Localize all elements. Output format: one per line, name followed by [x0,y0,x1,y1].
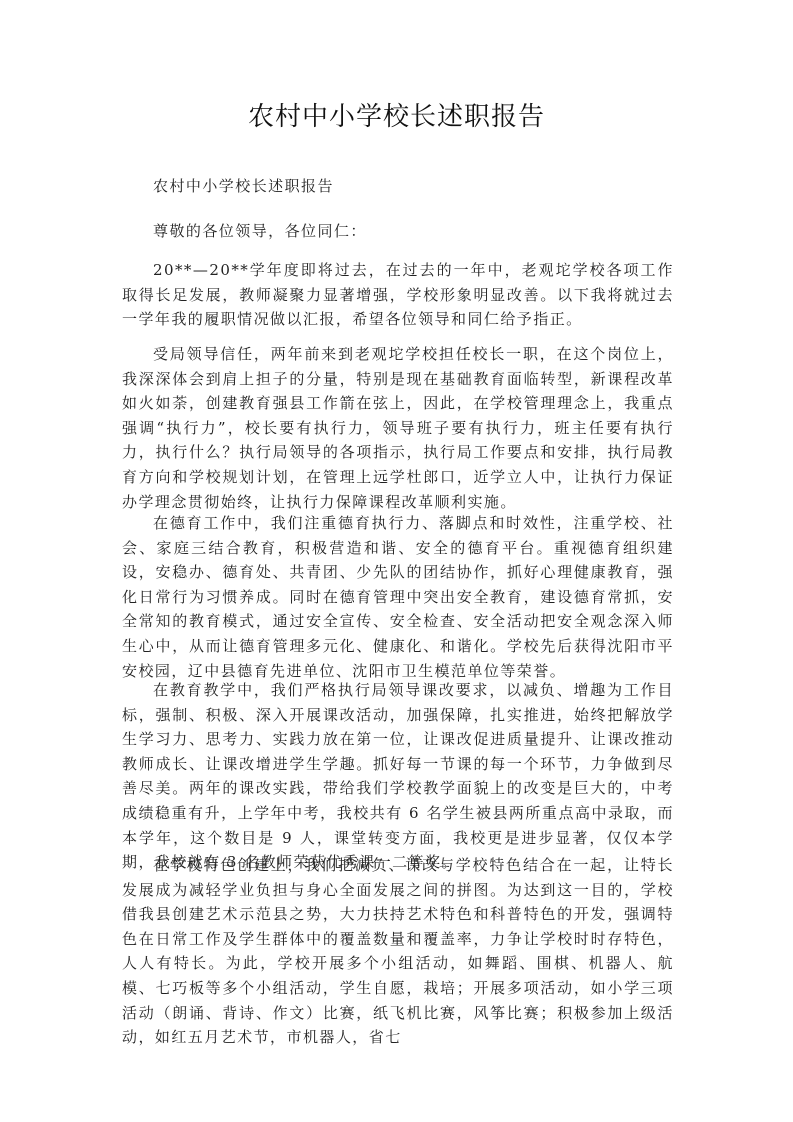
paragraph-2: 受局领导信任，两年前来到老观坨学校担任校长一职，在这个岗位上，我深深体会到肩上担… [122,342,674,514]
document-page: 农村中小学校长述职报告 农村中小学校长述职报告 尊敬的各位领导，各位同仁： 20… [0,0,793,1122]
paragraph-3: 在德育工作中，我们注重德育执行力、落脚点和时效性，注重学校、社会、家庭三结合教育… [122,511,674,683]
paragraph-4: 在教育教学中，我们严格执行局领导课改要求，以减负、增趣为工作目标，强制、积极、深… [122,678,674,875]
paragraph-1: 20**—20**学年度即将过去，在过去的一年中，老观坨学校各项工作取得长足发展… [122,258,674,332]
paragraph-5: 在学校特色创建上，我们把减负、课改与学校特色结合在一起，让特长发展成为减轻学业负… [122,853,674,1050]
greeting: 尊敬的各位领导，各位同仁： [122,219,674,244]
document-title: 农村中小学校长述职报告 [0,100,793,134]
document-subtitle: 农村中小学校长述职报告 [122,174,674,199]
